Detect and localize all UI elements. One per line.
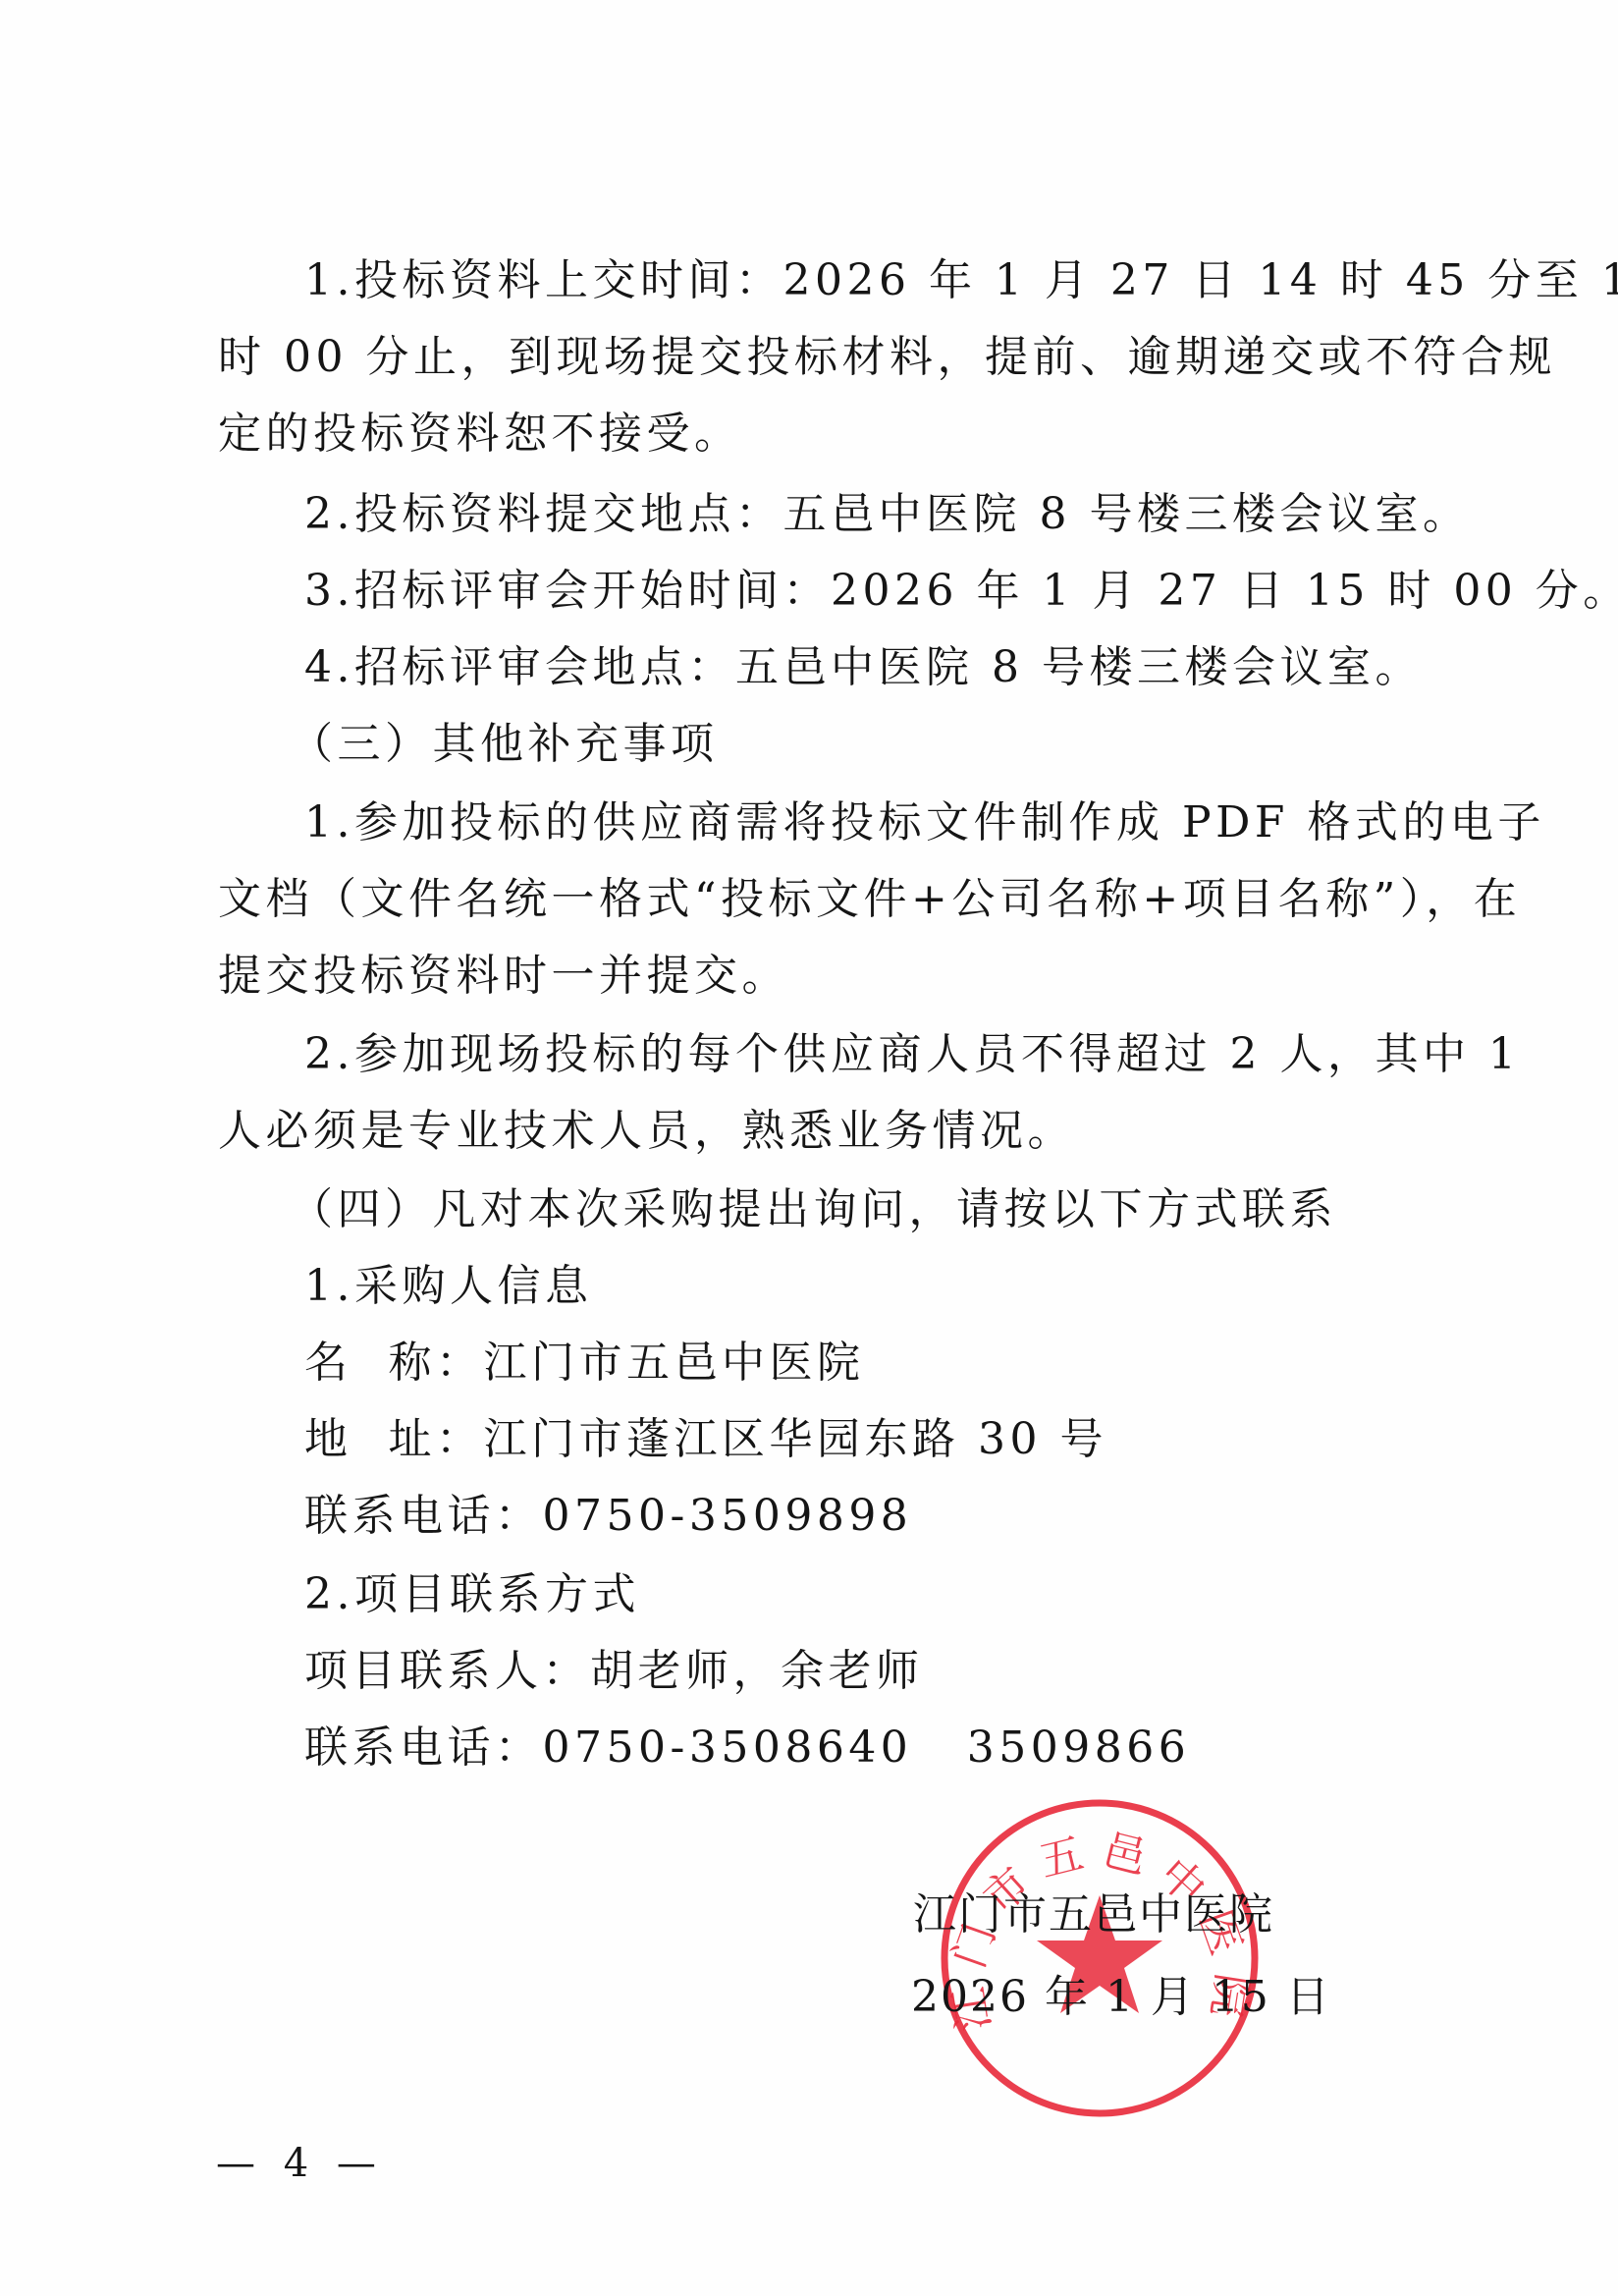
- project-contact-title: 2.项目联系方式: [304, 1565, 1492, 1624]
- submission-location-line: 2.投标资料提交地点：五邑中医院 8 号楼三楼会议室。: [304, 485, 1492, 544]
- purchaser-address-row: 地 址：江门市蓬江区华园东路 30 号: [304, 1410, 1492, 1469]
- section-three-heading: （三）其他补充事项: [290, 715, 1478, 774]
- project-contact-phone-value: 0750-3508640 3509866: [543, 1722, 1191, 1773]
- purchaser-address-label: 地 址：: [304, 1414, 483, 1464]
- project-contact-phone-label: 联系电话：: [304, 1722, 543, 1773]
- submission-time-line-3: 定的投标资料恕不接受。: [218, 405, 1406, 464]
- project-contact-person-row: 项目联系人：胡老师，余老师: [304, 1642, 1492, 1701]
- document-page: 1.投标资料上交时间：2026 年 1 月 27 日 14 时 45 分至 15…: [0, 0, 1618, 2296]
- supplement-item-2-line-1: 2.参加现场投标的每个供应商人员不得超过 2 人，其中 1: [304, 1025, 1492, 1084]
- supplement-item-2-line-2: 人必须是专业技术人员，熟悉业务情况。: [218, 1102, 1406, 1161]
- purchaser-name-value: 江门市五邑中医院: [483, 1338, 864, 1388]
- purchaser-address-value: 江门市蓬江区华园东路 30 号: [483, 1414, 1106, 1464]
- signature-organization: 江门市五邑中医院: [913, 1886, 1274, 1944]
- signature-date: 2026 年 1 月 15 日: [911, 1968, 1331, 2027]
- project-contact-person-label: 项目联系人：: [304, 1646, 590, 1696]
- project-contact-person-value: 胡老师，余老师: [590, 1646, 924, 1696]
- section-four-heading: （四）凡对本次采购提出询问，请按以下方式联系: [290, 1180, 1478, 1239]
- submission-time-line-2: 时 00 分止，到现场提交投标材料，提前、逾期递交或不符合规: [218, 328, 1406, 387]
- supplement-item-1-line-3: 提交投标资料时一并提交。: [218, 947, 1406, 1006]
- project-contact-phone-row: 联系电话：0750-3508640 3509866: [304, 1719, 1492, 1777]
- supplement-item-1-line-1: 1.参加投标的供应商需将投标文件制作成 PDF 格式的电子: [304, 793, 1492, 852]
- purchaser-phone-row: 联系电话：0750-3509898: [304, 1487, 1492, 1546]
- official-seal-stamp-icon: 江门市五邑中医院: [935, 1793, 1265, 2123]
- purchaser-info-title: 1.采购人信息: [304, 1257, 1492, 1316]
- purchaser-phone-label: 联系电话：: [304, 1491, 543, 1541]
- supplement-item-1-line-2: 文档（文件名统一格式“投标文件+公司名称+项目名称”），在: [218, 870, 1406, 929]
- submission-time-line-1: 1.投标资料上交时间：2026 年 1 月 27 日 14 时 45 分至 15: [304, 251, 1492, 310]
- review-start-time-line: 3.招标评审会开始时间：2026 年 1 月 27 日 15 时 00 分。: [304, 562, 1492, 621]
- purchaser-name-row: 名 称：江门市五邑中医院: [304, 1334, 1492, 1393]
- purchaser-name-label: 名 称：: [304, 1338, 483, 1388]
- review-location-line: 4.招标评审会地点：五邑中医院 8 号楼三楼会议室。: [304, 638, 1492, 697]
- page-number: — 4 —: [216, 2139, 384, 2188]
- purchaser-phone-value: 0750-3509898: [543, 1491, 913, 1541]
